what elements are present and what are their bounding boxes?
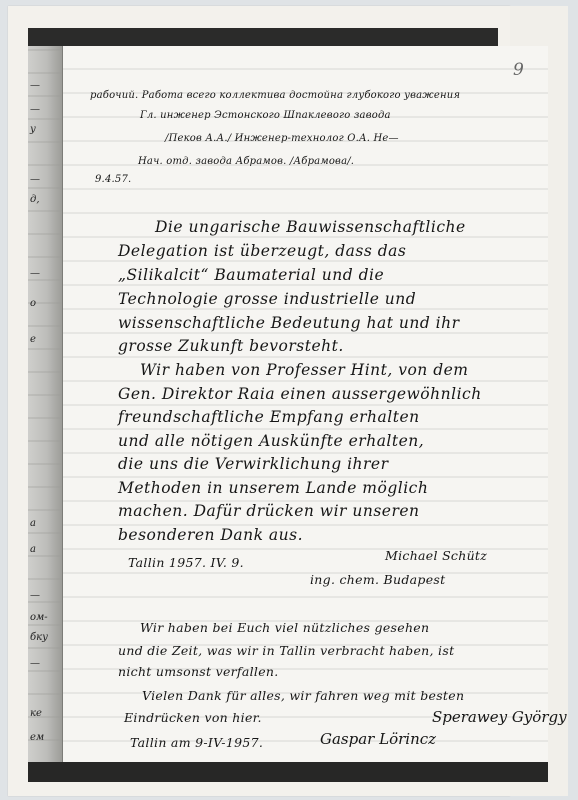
russian-line-4: Нач. отд. завода Абрамов. /Абрамова/. [138, 156, 354, 167]
margin-fragment: — [30, 104, 40, 115]
entry1-line-6: grosse Zukunft bevorsteht. [118, 337, 344, 355]
margin-fragment: у [30, 124, 36, 135]
top-shadow-bar [28, 28, 498, 46]
entry2-date: Tallin am 9-IV-1957. [130, 735, 263, 750]
entry1-line-4: Technologie grosse industrielle und [118, 290, 416, 308]
bottom-shadow-bar [28, 762, 548, 782]
entry1-line-5: wissenschaftliche Bedeutung hat und ihr [118, 314, 460, 332]
page-number: 9 [513, 60, 524, 80]
margin-fragment: ке [30, 708, 42, 719]
russian-line-1: рабочий. Работа всего коллектива достойн… [90, 90, 460, 101]
entry1-line-14: besonderen Dank aus. [118, 526, 303, 544]
entry2-line-1: Wir haben bei Euch viel nützliches geseh… [140, 620, 429, 635]
entry2-signature-1: Gaspar Lörincz [320, 730, 436, 748]
margin-fragment: — [30, 174, 40, 185]
entry1-line-9: freundschaftliche Empfang erhalten [118, 408, 420, 426]
entry1-signature: Michael Schütz [385, 548, 487, 563]
entry1-date: Tallin 1957. IV. 9. [128, 555, 244, 570]
margin-fragment: — [30, 590, 40, 601]
margin-fragment: бку [30, 632, 48, 643]
entry2-line-2: und die Zeit, was wir in Tallin verbrach… [118, 643, 454, 658]
margin-fragment: — [30, 80, 40, 91]
margin-fragment: — [30, 268, 40, 279]
entry2-line-4: Vielen Dank für alles, wir fahren weg mi… [142, 688, 464, 703]
entry1-line-2: Delegation ist überzeugt, dass das [118, 242, 406, 260]
russian-date: 9.4.57. [95, 174, 131, 185]
margin-fragment: е [30, 334, 36, 345]
entry1-line-3: „Silikalcit“ Baumaterial und die [118, 266, 384, 284]
notebook-spine-margin: — — у — д, — о е а а — ом- бку — ке ем [28, 28, 63, 764]
margin-fragment: а [30, 544, 36, 555]
entry1-line-8: Gen. Direktor Raia einen aussergewöhnlic… [118, 385, 482, 403]
entry1-line-12: Methoden in unserem Lande möglich [118, 479, 428, 497]
margin-fragment: ем [30, 732, 44, 743]
margin-fragment: о [30, 298, 36, 309]
margin-fragment: ом- [30, 612, 48, 623]
margin-fragment: — [30, 658, 40, 669]
entry2-signature-2: Sperawey György [432, 708, 567, 726]
margin-fragment: д, [30, 194, 40, 205]
entry1-line-1: Die ungarische Bauwissenschaftliche [155, 218, 466, 236]
entry1-line-7: Wir haben von Professer Hint, von dem [140, 361, 469, 379]
russian-line-2: Гл. инженер Эстонского Шпаклевого завода [140, 110, 391, 121]
russian-line-3: /Пеков А.А./ Инженер-технолог О.А. Не— [165, 133, 399, 144]
entry2-line-3: nicht umsonst verfallen. [118, 664, 279, 679]
entry1-line-13: machen. Dafür drücken wir unseren [118, 502, 420, 520]
entry1-line-11: die uns die Verwirklichung ihrer [118, 455, 389, 473]
entry1-line-10: und alle nötigen Auskünfte erhalten, [118, 432, 424, 450]
margin-fragment: а [30, 518, 36, 529]
entry1-signature-title: ing. chem. Budapest [310, 572, 445, 587]
entry2-line-5: Eindrücken von hier. [124, 710, 262, 725]
